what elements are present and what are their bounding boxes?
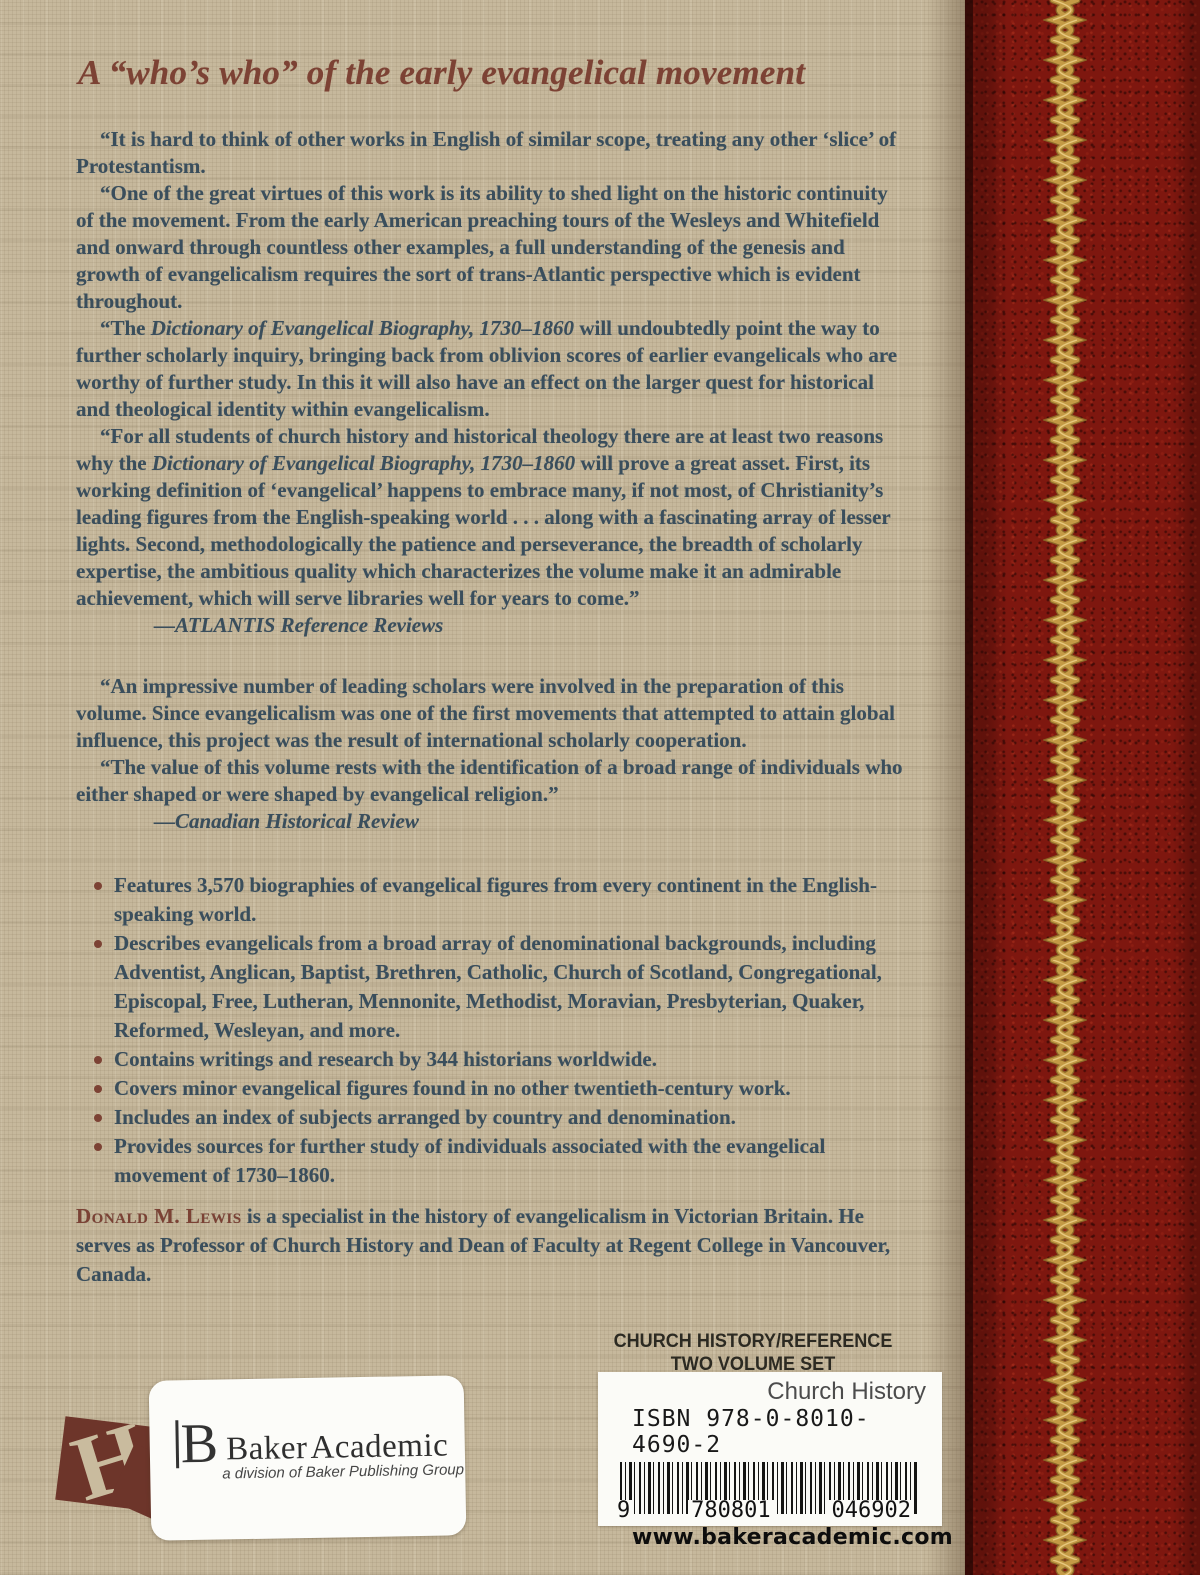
cover-panel: A “who’s who” of the early evangelical m… xyxy=(0,0,965,1575)
list-item: Provides sources for further study of in… xyxy=(94,1132,910,1190)
category-line: CHURCH HISTORY/REFERENCE xyxy=(606,1330,901,1353)
headline: A “who’s who” of the early evangelical m… xyxy=(78,50,910,96)
review-attribution: —Canadian Historical Review xyxy=(154,808,910,835)
publisher-sticker: B BakerAcademic a division of Baker Publ… xyxy=(149,1375,467,1540)
bullet-icon xyxy=(94,1085,102,1093)
review-attribution: —ATLANTIS Reference Reviews xyxy=(154,612,910,639)
review-quote: “One of the great virtues of this work i… xyxy=(76,180,910,315)
review-quote: “An impressive number of leading scholar… xyxy=(76,673,910,754)
spacer xyxy=(76,835,910,871)
cover-text: A “who’s who” of the early evangelical m… xyxy=(76,50,910,1289)
list-item: Contains writings and research by 344 hi… xyxy=(94,1045,910,1074)
bullet-icon xyxy=(94,1056,102,1064)
review-quote: “For all students of church history and … xyxy=(76,423,910,612)
isbn-number: ISBN 978-0-8010-4690-2 xyxy=(632,1406,942,1458)
celtic-braid-pattern xyxy=(1043,0,1087,1575)
review-quote: “The Dictionary of Evangelical Biography… xyxy=(76,315,910,423)
bullet-icon xyxy=(94,940,102,948)
publisher-tagline: a division of Baker Publishing Group xyxy=(222,1461,464,1482)
review-quote: “It is hard to think of other works in E… xyxy=(76,126,910,180)
review-quote: “The value of this volume rests with the… xyxy=(76,754,910,808)
bullet-icon xyxy=(94,1114,102,1122)
spacer xyxy=(76,639,910,673)
publisher-logo-row: B BakerAcademic xyxy=(175,1416,448,1469)
barcode-category: Church History xyxy=(598,1372,942,1406)
bullet-icon xyxy=(94,1143,102,1151)
list-item: Describes evangelicals from a broad arra… xyxy=(94,929,910,1045)
book-back-cover: A “who’s who” of the early evangelical m… xyxy=(0,0,1200,1575)
list-item: Covers minor evangelical figures found i… xyxy=(94,1074,910,1103)
author-name: Donald M. Lewis xyxy=(76,1204,242,1228)
barcode-digits: 9 780801 046902 xyxy=(614,1500,914,1522)
list-item: Includes an index of subjects arranged b… xyxy=(94,1103,910,1132)
bullet-icon xyxy=(94,882,102,890)
list-item: Features 3,570 biographies of evangelica… xyxy=(94,871,910,929)
baker-logo-icon: B xyxy=(175,1420,218,1469)
book-title-italic: Dictionary of Evangelical Biography, 173… xyxy=(151,316,574,340)
publisher-website: www.bakeracademic.com xyxy=(632,1525,942,1550)
author-bio: Donald M. Lewis is a specialist in the h… xyxy=(76,1202,910,1289)
spacer xyxy=(76,1190,910,1202)
spine-panel xyxy=(965,0,1200,1575)
category-label: CHURCH HISTORY/REFERENCE TWO VOLUME SET xyxy=(606,1330,901,1376)
book-title-italic: Dictionary of Evangelical Biography, 173… xyxy=(152,451,575,475)
feature-list: Features 3,570 biographies of evangelica… xyxy=(76,871,910,1190)
barcode-sticker: Church History ISBN 978-0-8010-4690-2 9 … xyxy=(598,1372,942,1526)
